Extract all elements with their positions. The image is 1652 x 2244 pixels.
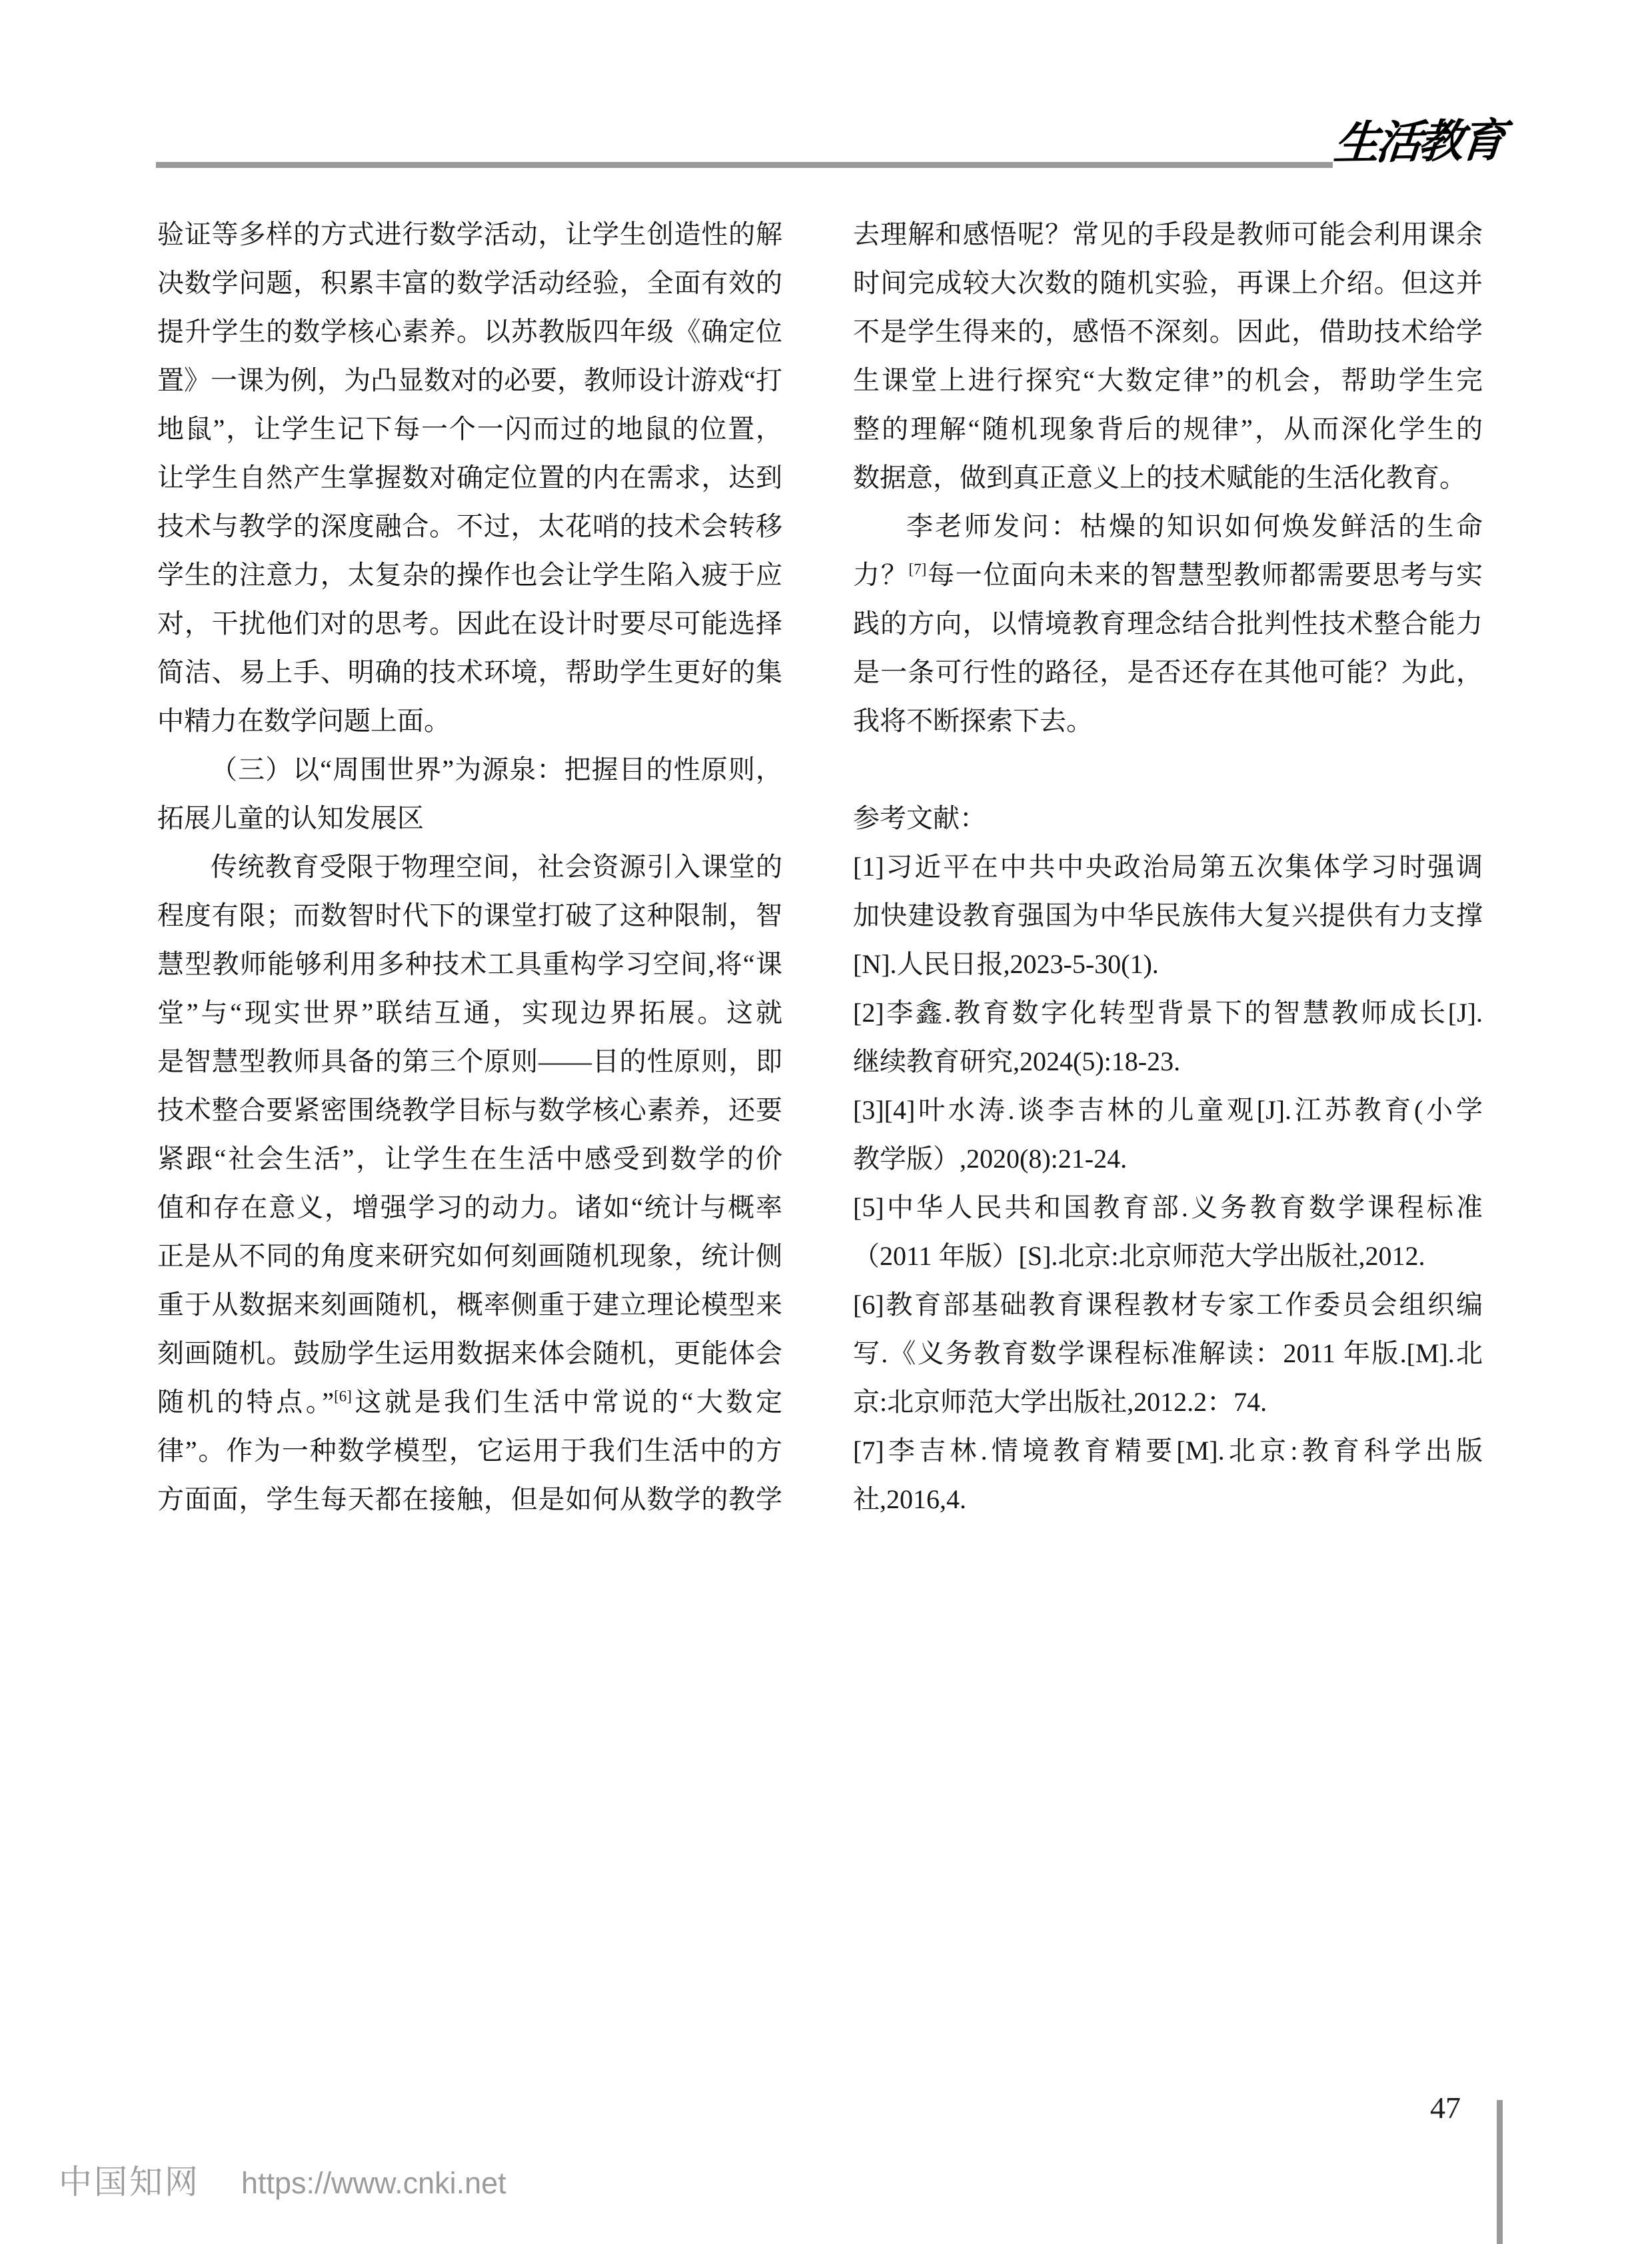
header-rule bbox=[156, 162, 1333, 168]
text-line: 置》一课为例，为凸显数对的必要，教师设计游戏“打 bbox=[157, 356, 782, 405]
text-line: 传统教育受限于物理空间，社会资源引入课堂的 bbox=[157, 842, 782, 891]
citation-superscript: [7] bbox=[908, 561, 926, 578]
text-line: [5]中华人民共和国教育部.义务教育数学课程标准 bbox=[853, 1183, 1483, 1232]
cnki-site-url-link[interactable]: https://www.cnki.net bbox=[241, 2166, 506, 2201]
text-line: 刻画随机。鼓励学生运用数据来体会随机，更能体会 bbox=[157, 1329, 782, 1378]
text-line: 技术与教学的深度融合。不过，太花哨的技术会转移 bbox=[157, 502, 782, 551]
text-line: 我将不断探索下去。 bbox=[853, 696, 1483, 745]
text-line: 程度有限；而数智时代下的课堂打破了这种限制，智 bbox=[157, 891, 782, 940]
text-line: 不是学生得来的，感悟不深刻。因此，借助技术给学 bbox=[853, 307, 1483, 356]
text-line: 律”。作为一种数学模型，它运用于我们生活中的方 bbox=[157, 1426, 782, 1475]
cnki-site-name: 中国知网 bbox=[59, 2155, 200, 2203]
text-line: 社,2016,4. bbox=[853, 1475, 1483, 1524]
text-line: 技术整合要紧密围绕教学目标与数学核心素养，还要 bbox=[157, 1086, 782, 1134]
text-line: 践的方向，以情境教育理念结合批判性技术整合能力 bbox=[853, 599, 1483, 648]
text-line: 堂”与“现实世界”联结互通，实现边界拓展。这就 bbox=[157, 988, 782, 1037]
text-line: （2011 年版）[S].北京:北京师范大学出版社,2012. bbox=[853, 1232, 1483, 1280]
text-line: 对，干扰他们对的思考。因此在设计时要尽可能选择 bbox=[157, 599, 782, 648]
footer: 中国知网 https://www.cnki.net bbox=[59, 2155, 506, 2203]
text-line: 李老师发问：枯燥的知识如何焕发鲜活的生命 bbox=[853, 502, 1483, 551]
blank-line bbox=[853, 745, 1483, 794]
text-line: 让学生自然产生掌握数对确定位置的内在需求，达到 bbox=[157, 453, 782, 502]
text-line: 是智慧型教师具备的第三个原则——目的性原则，即 bbox=[157, 1037, 782, 1086]
text-line: 京:北京师范大学出版社,2012.2：74. bbox=[853, 1378, 1483, 1426]
text-line: 学生的注意力，太复杂的操作也会让学生陷入疲于应 bbox=[157, 551, 782, 599]
text-line: [7]李吉林.情境教育精要[M].北京:教育科学出版 bbox=[853, 1426, 1483, 1475]
text-line: 验证等多样的方式进行数学活动，让学生创造性的解 bbox=[157, 210, 782, 259]
text-line: 决数学问题，积累丰富的数学活动经验，全面有效的 bbox=[157, 259, 782, 307]
text-line: 力？[7]每一位面向未来的智慧型教师都需要思考与实 bbox=[853, 551, 1483, 599]
text-line: （三）以“周围世界”为源泉：把握目的性原则， bbox=[157, 745, 782, 794]
text-line: 去理解和感悟呢？常见的手段是教师可能会利用课余 bbox=[853, 210, 1483, 259]
text-line: 正是从不同的角度来研究如何刻画随机现象，统计侧 bbox=[157, 1232, 782, 1280]
text-line: 是一条可行性的路径，是否还存在其他可能？为此， bbox=[853, 648, 1483, 696]
text-line: 随机的特点。”[6]这就是我们生活中常说的“大数定 bbox=[157, 1378, 782, 1426]
text-line: 生课堂上进行探究“大数定律”的机会，帮助学生完 bbox=[853, 356, 1483, 405]
text-line: 中精力在数学问题上面。 bbox=[157, 696, 782, 745]
text-line: [6]教育部基础教育课程教材专家工作委员会组织编 bbox=[853, 1280, 1483, 1329]
text-line: [2]李鑫.教育数字化转型背景下的智慧教师成长[J]. bbox=[853, 988, 1483, 1037]
text-line: 时间完成较大次数的随机实验，再课上介绍。但这并 bbox=[853, 259, 1483, 307]
text-line: 数据意，做到真正意义上的技术赋能的生活化教育。 bbox=[853, 453, 1483, 502]
text-line: 紧跟“社会生活”，让学生在生活中感受到数学的价 bbox=[157, 1134, 782, 1183]
text-line: 继续教育研究,2024(5):18-23. bbox=[853, 1037, 1483, 1086]
text-line: [N].人民日报,2023-5-30(1). bbox=[853, 940, 1483, 988]
text-line: 加快建设教育强国为中华民族伟大复兴提供有力支撑 bbox=[853, 891, 1483, 940]
text-line: 方面面，学生每天都在接触，但是如何从数学的教学 bbox=[157, 1475, 782, 1524]
page-number: 47 bbox=[1430, 2089, 1490, 2127]
text-line: 整的理解“随机现象背后的规律”，从而深化学生的 bbox=[853, 405, 1483, 453]
text-line: 写.《义务教育数学课程标准解读：2011 年版.[M].北 bbox=[853, 1329, 1483, 1378]
text-line: 提升学生的数学核心素养。以苏教版四年级《确定位 bbox=[157, 307, 782, 356]
text-line: 值和存在意义，增强学习的动力。诸如“统计与概率 bbox=[157, 1183, 782, 1232]
left-column: 验证等多样的方式进行数学活动，让学生创造性的解决数学问题，积累丰富的数学活动经验… bbox=[157, 210, 782, 1524]
text-line: 教学版）,2020(8):21-24. bbox=[853, 1134, 1483, 1183]
journal-logo: 生活教育 bbox=[1331, 111, 1517, 177]
right-column: 去理解和感悟呢？常见的手段是教师可能会利用课余时间完成较大次数的随机实验，再课上… bbox=[853, 210, 1483, 1524]
text-line: [3][4]叶水涛.谈李吉林的儿童观[J].江苏教育(小学 bbox=[853, 1086, 1483, 1134]
text-line: 慧型教师能够利用多种技术工具重构学习空间,将“课 bbox=[157, 940, 782, 988]
text-line: [1]习近平在中共中央政治局第五次集体学习时强调 bbox=[853, 842, 1483, 891]
text-line: 拓展儿童的认知发展区 bbox=[157, 794, 782, 842]
text-line: 参考文献： bbox=[853, 794, 1483, 842]
citation-superscript: [6] bbox=[334, 1388, 352, 1405]
text-line: 简洁、易上手、明确的技术环境，帮助学生更好的集 bbox=[157, 648, 782, 696]
text-line: 地鼠”，让学生记下每一个一闪而过的地鼠的位置， bbox=[157, 405, 782, 453]
text-line: 重于从数据来刻画随机，概率侧重于建立理论模型来 bbox=[157, 1280, 782, 1329]
journal-page: 生活教育 验证等多样的方式进行数学活动，让学生创造性的解决数学问题，积累丰富的数… bbox=[0, 0, 1652, 2244]
sidebar-rule bbox=[1497, 2100, 1503, 2244]
